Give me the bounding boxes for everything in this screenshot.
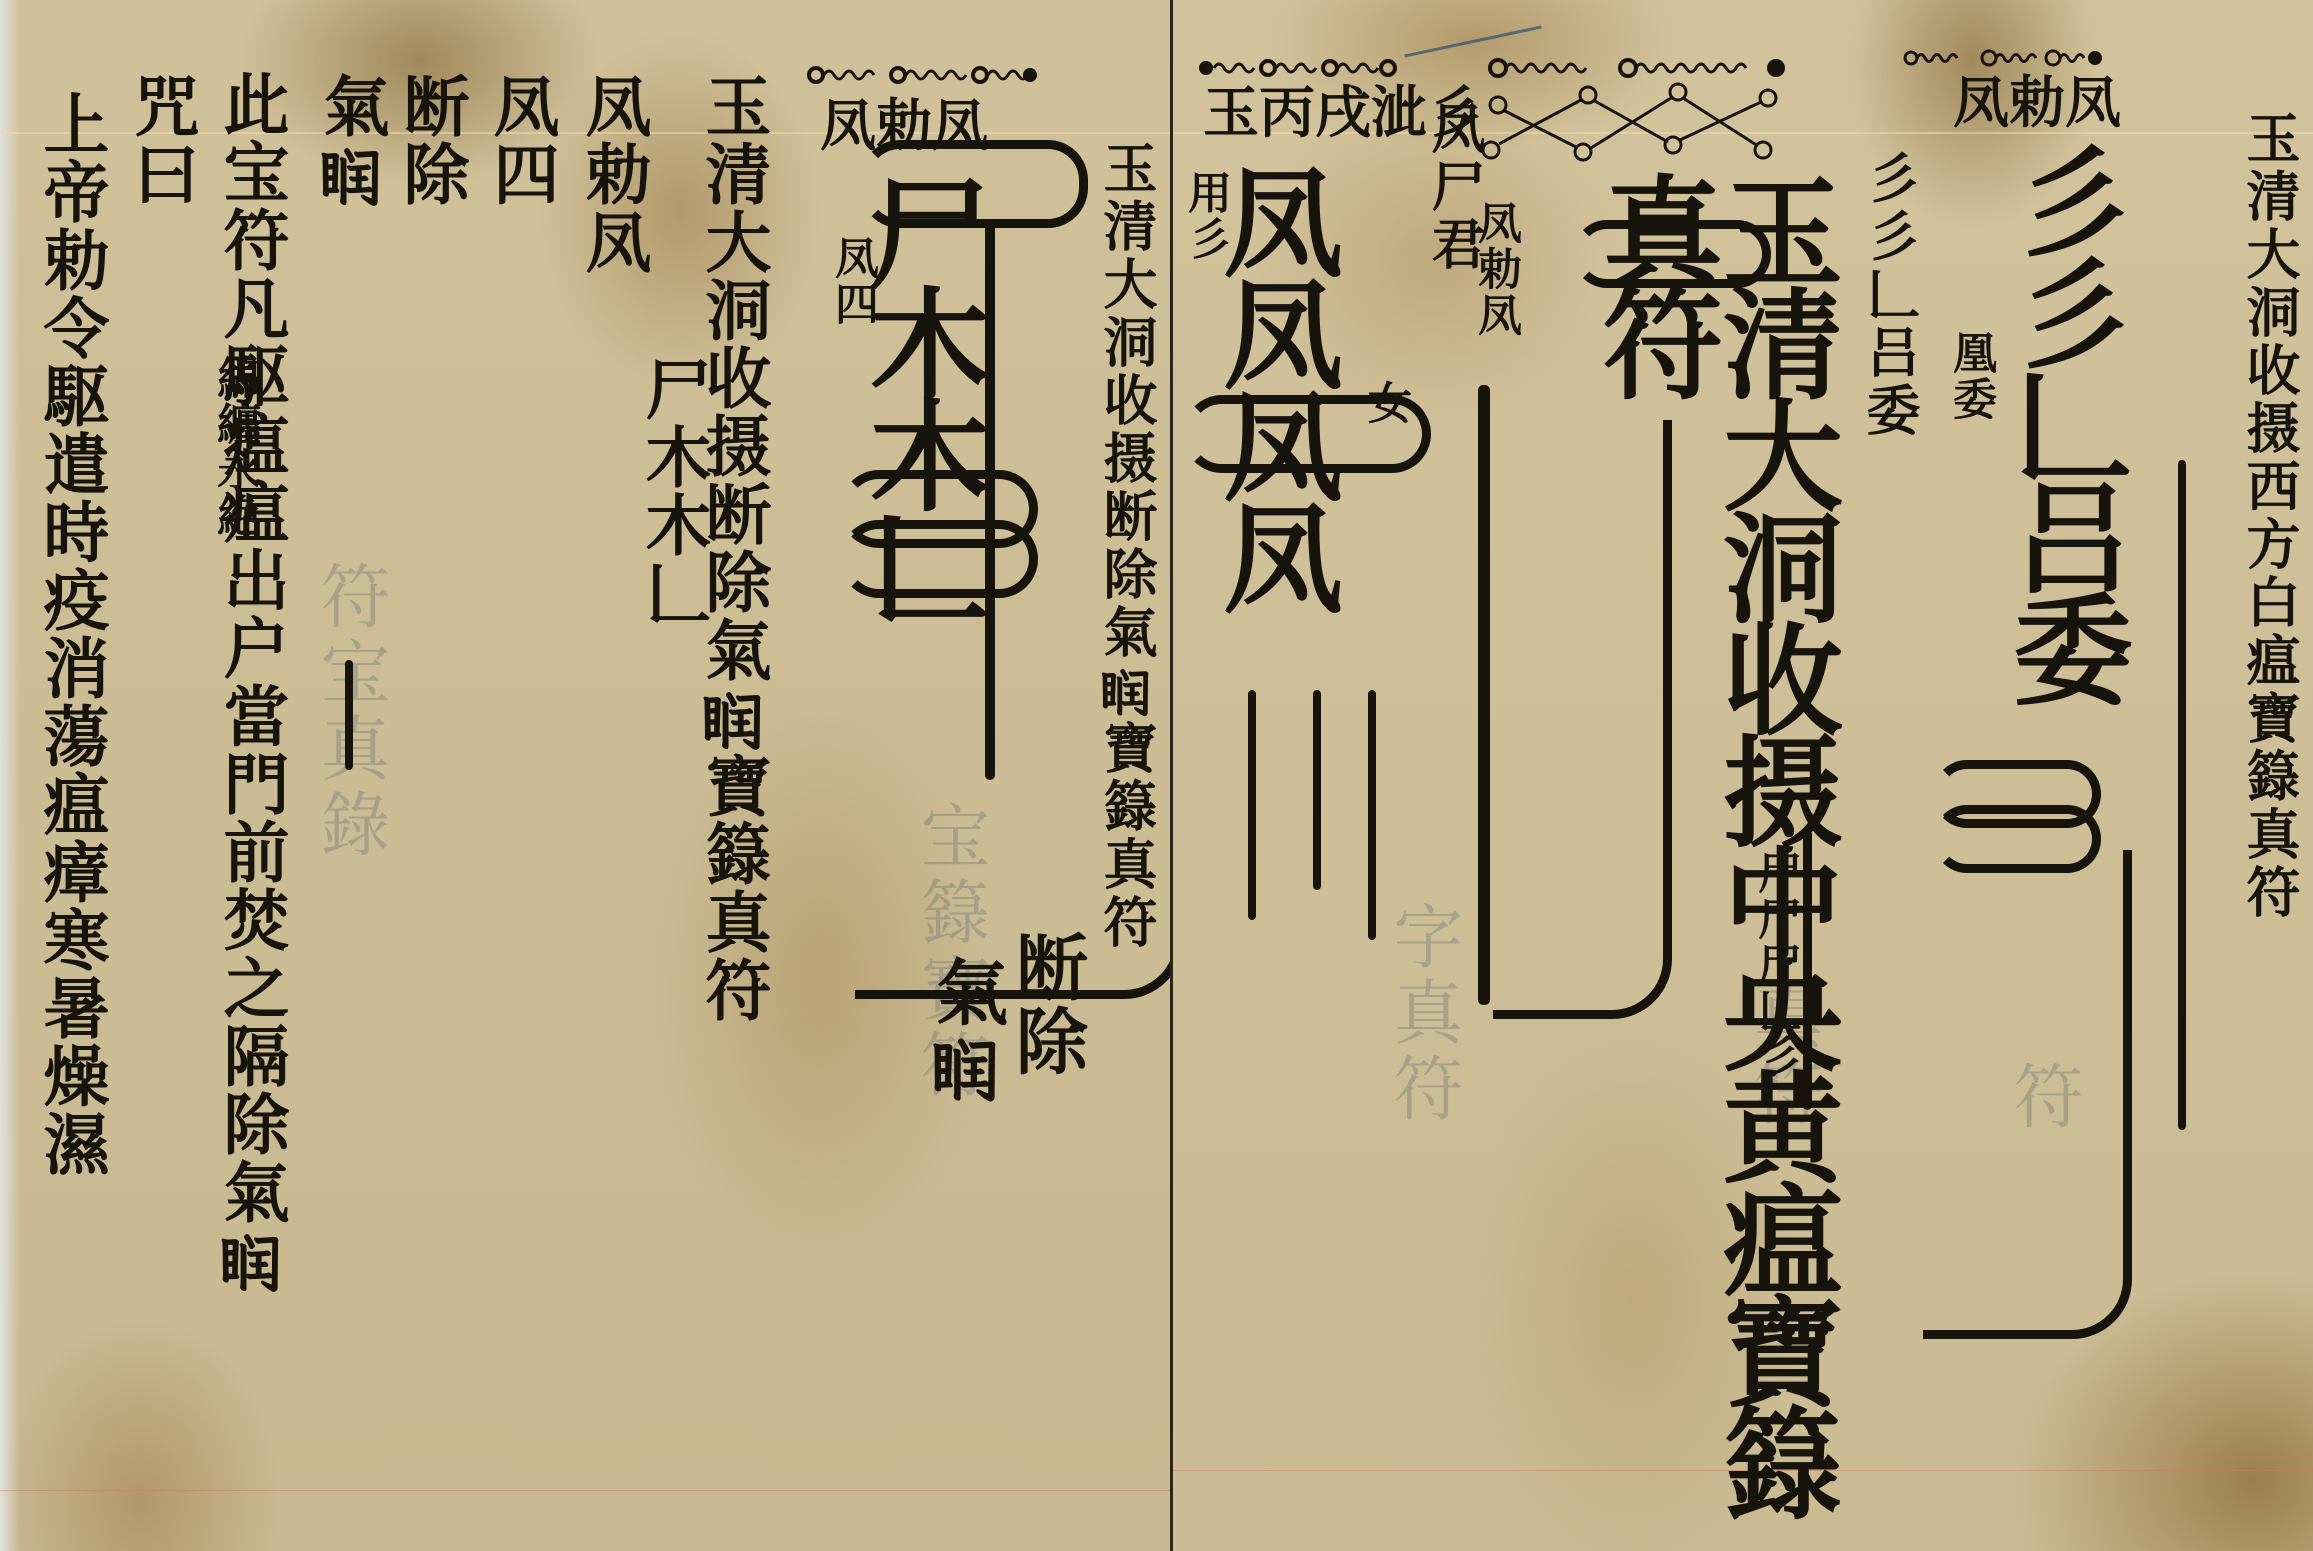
talisman-side-text-qi: 氣𥆧 — [930, 955, 1002, 1103]
talisman-stroke — [1368, 690, 1376, 940]
talisman-stroke — [1313, 690, 1321, 890]
right-page: 字真符 真符 符 玉丙戌泚彡 凤凤凤凤 用彡 女 凤尸君 — [1173, 0, 2313, 1551]
talisman-sweep-stroke — [1493, 420, 1672, 1019]
talisman-small-text: 尸尸尸𠃊彡 — [1753, 850, 1797, 1080]
talisman-sub-text: 凤四 — [830, 235, 874, 327]
talisman-title-column-north-black: 彡彡𠃊吕委 — [1863, 150, 1917, 1550]
talisman-sweep-stroke — [1923, 850, 2132, 1339]
pen-mark — [1404, 25, 1542, 57]
talisman-glyph: 凤凤凤凤 — [1213, 160, 1333, 608]
talisman-stroke — [2178, 460, 2186, 1130]
talisman-stroke — [1803, 830, 1812, 1110]
left-page: 符宝真錄 宝籙寶符 上帝勅令駆遣時疫消蕩瘟瘴寒暑燥濕 咒曰 此宝符凡駆瘟瘟出户當… — [0, 0, 1173, 1551]
talisman-sub-text: 凰委 — [1948, 330, 1992, 422]
talisman-spine — [985, 220, 995, 780]
talisman-sub-text: 凤勅凤 — [1473, 200, 1517, 338]
talisman-mark: 女 — [1363, 380, 1407, 426]
text-column-l10: 上帝勅令駆遣時疫消蕩瘟瘴寒暑燥濕 — [38, 90, 104, 1530]
talisman-chain-ornament — [1903, 45, 2103, 71]
text-column-l5: 凤四 — [488, 72, 554, 1512]
talisman-side-text-duanchu: 断除 — [1010, 930, 1082, 1078]
text-column-l6: 断除 — [398, 72, 464, 1512]
talisman-chain-ornament — [808, 62, 1038, 88]
talisman-title-column-west-white: 玉清大洞收摄西方白瘟寶籙真符 — [2243, 110, 2297, 1510]
manuscript-spread: 符宝真錄 宝籙寶符 上帝勅令駆遣時疫消蕩瘟瘴寒暑燥濕 咒曰 此宝符凡駆瘟瘟出户當… — [0, 0, 2313, 1551]
text-column-l3: 玉清大洞收摄断除氣𥆧寶籙真符 — [700, 72, 766, 1512]
talisman-chain-ornament — [1488, 55, 1788, 81]
talisman-loop — [860, 140, 1088, 228]
page-edge — [0, 0, 20, 1551]
talisman-glyph: 彡彡𠃊吕委 — [2003, 140, 2123, 700]
annotation-gui: 綿纏永絶 — [212, 355, 256, 539]
talisman-title-column: 玉清大洞收摄断除氣𥆧寶籙真符 — [1100, 140, 1154, 1540]
text-column-l4: 凤勅凤 — [580, 72, 646, 392]
crossed-chain-ornament — [1473, 80, 1793, 170]
talisman-stroke — [1248, 690, 1256, 920]
text-column-l8: 此宝符凡駆瘟瘟出户當門前焚之隔除氣𥆧 — [218, 70, 284, 1510]
talisman-loop — [1573, 220, 1771, 288]
text-column-l9: 咒曰 — [128, 72, 194, 1512]
ending-stroke — [345, 660, 353, 770]
talisman-head-text: 凤勅凤 — [1953, 75, 2121, 131]
talisman-chain-ornament — [1198, 55, 1398, 81]
talisman-stroke — [1478, 385, 1490, 1005]
talisman-sub-text: 用彡 — [1183, 170, 1227, 262]
